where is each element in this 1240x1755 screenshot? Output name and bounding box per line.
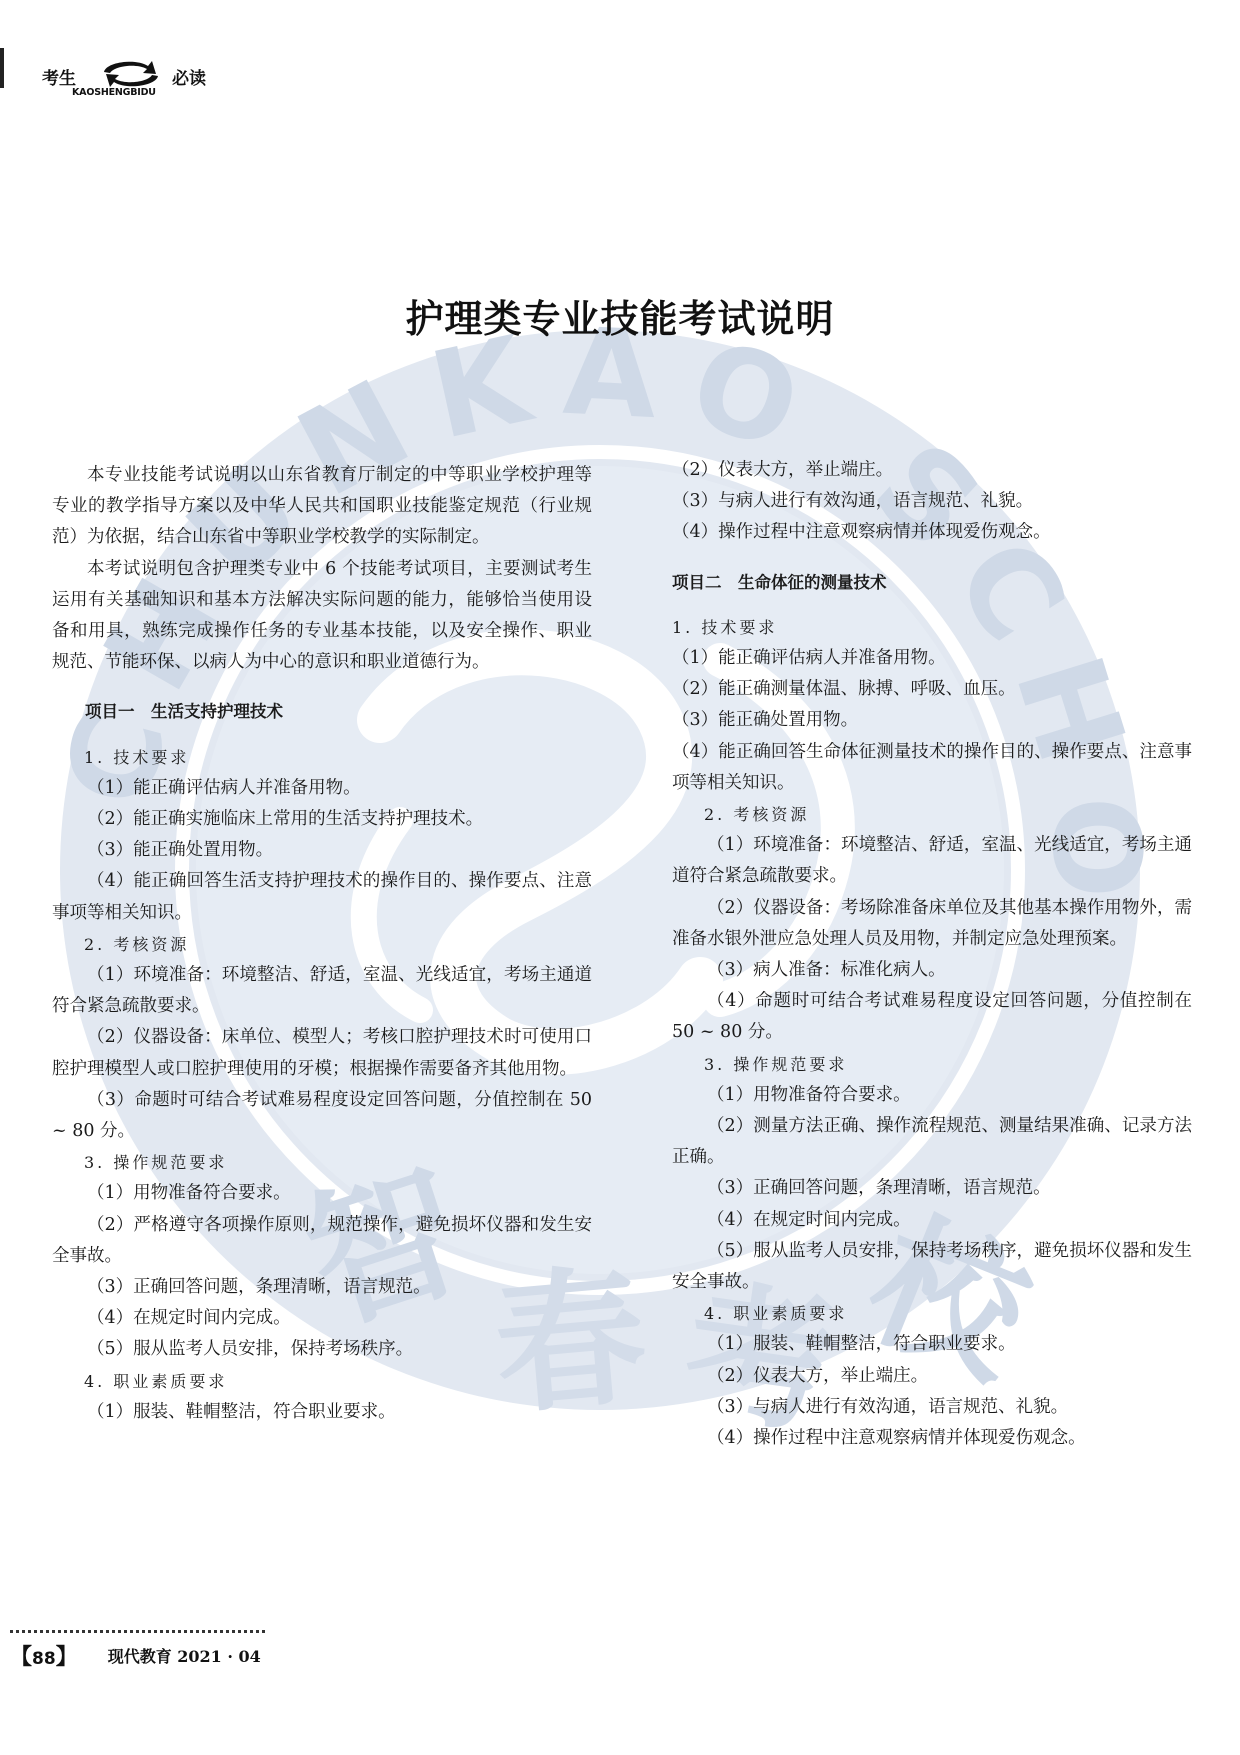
p1-s2-item-3: （3）命题时可结合考试难易程度设定回答问题，分值控制在 50 ~ 80 分。	[52, 1085, 592, 1147]
right-column: （2）仪表大方，举止端庄。 （3）与病人进行有效沟通，语言规范、礼貌。 （4）操…	[672, 455, 1192, 1454]
p2-s3-item-5: （5）服从监考人员安排，保持考场秩序，避免损坏仪器和发生安全事故。	[672, 1236, 1192, 1298]
bracket-right-icon: 】	[56, 1645, 78, 1670]
p2-s1-item-1: （1）能正确评估病人并准备用物。	[672, 643, 1192, 674]
left-column: 本专业技能考试说明以山东省教育厅制定的中等职业学校护理等专业的教学指导方案以及中…	[52, 460, 592, 1428]
p2-s3-item-4: （4）在规定时间内完成。	[672, 1205, 1192, 1236]
p2-s4-item-3: （3）与病人进行有效沟通，语言规范、礼貌。	[672, 1392, 1192, 1423]
p1-s3-item-5: （5）服从监考人员安排，保持考场秩序。	[52, 1334, 592, 1365]
p2-s3-item-2: （2）测量方法正确、操作流程规范、测量结果准确、记录方法正确。	[672, 1111, 1192, 1173]
bracket-left-icon: 【	[10, 1645, 32, 1670]
p2-s4-item-4: （4）操作过程中注意观察病情并体现爱伤观念。	[672, 1423, 1192, 1454]
p2-operation-heading: 3. 操作规范要求	[672, 1049, 1192, 1080]
p2-s1-item-3: （3）能正确处置用物。	[672, 705, 1192, 736]
p1-resources-heading: 2. 考核资源	[52, 929, 592, 960]
p1-s1-item-1: （1）能正确评估病人并准备用物。	[52, 773, 592, 804]
project-1-heading: 项目一 生活支持护理技术	[52, 696, 592, 727]
p1-s3-item-2: （2）严格遵守各项操作原则，规范操作，避免损坏仪器和发生安全事故。	[52, 1210, 592, 1272]
p2-s1-item-2: （2）能正确测量体温、脉搏、呼吸、血压。	[672, 674, 1192, 705]
page-footer: 【88】 现代教育 2021 · 04	[10, 1640, 261, 1671]
p2-s2-item-2: （2）仪器设备：考场除准备床单位及其他基本操作用物外，需准备水银外泄应急处理人员…	[672, 893, 1192, 955]
p1-s3-item-4: （4）在规定时间内完成。	[52, 1303, 592, 1334]
p1-s4-item-4: （4）操作过程中注意观察病情并体现爱伤观念。	[672, 517, 1192, 548]
p2-tech-requirements-heading: 1. 技术要求	[672, 612, 1192, 643]
kaosheng-bidu-logo: 考生 必读 KAOSHENGBIDU	[42, 58, 242, 102]
p1-s2-item-2: （2）仪器设备：床单位、模型人；考核口腔护理技术时可使用口腔护理模型人或口腔护理…	[52, 1022, 592, 1084]
p1-operation-heading: 3. 操作规范要求	[52, 1147, 592, 1178]
p2-quality-heading: 4. 职业素质要求	[672, 1298, 1192, 1329]
footer-dotted-rule	[10, 1630, 265, 1633]
project-2-heading: 项目二 生命体征的测量技术	[672, 567, 1192, 598]
p2-s2-item-3: （3）病人准备：标准化病人。	[672, 955, 1192, 986]
intro-paragraph-1: 本专业技能考试说明以山东省教育厅制定的中等职业学校护理等专业的教学指导方案以及中…	[52, 460, 592, 554]
p2-s3-item-1: （1）用物准备符合要求。	[672, 1080, 1192, 1111]
p1-s3-item-1: （1）用物准备符合要求。	[52, 1178, 592, 1209]
p2-s2-item-1: （1）环境准备：环境整洁、舒适，室温、光线适宜，考场主通道符合紧急疏散要求。	[672, 830, 1192, 892]
p1-s3-item-3: （3）正确回答问题，条理清晰，语言规范。	[52, 1272, 592, 1303]
logo-pinyin: KAOSHENGBIDU	[72, 87, 156, 98]
p1-tech-requirements-heading: 1. 技术要求	[52, 742, 592, 773]
p1-s1-item-3: （3）能正确处置用物。	[52, 835, 592, 866]
p2-s4-item-1: （1）服装、鞋帽整洁，符合职业要求。	[672, 1329, 1192, 1360]
p1-s4-item-2: （2）仪表大方，举止端庄。	[672, 455, 1192, 486]
p1-s2-item-1: （1）环境准备：环境整洁、舒适，室温、光线适宜，考场主通道符合紧急疏散要求。	[52, 960, 592, 1022]
page-number-value: 88	[32, 1649, 56, 1669]
p1-s1-item-4: （4）能正确回答生活支持护理技术的操作目的、操作要点、注意事项等相关知识。	[52, 866, 592, 928]
p1-s4-item-3: （3）与病人进行有效沟通，语言规范、礼貌。	[672, 486, 1192, 517]
logo-text-right: 必读	[172, 64, 206, 89]
p2-s1-item-4: （4）能正确回答生命体征测量技术的操作目的、操作要点、注意事项等相关知识。	[672, 737, 1192, 799]
p2-s4-item-2: （2）仪表大方，举止端庄。	[672, 1361, 1192, 1392]
journal-issue: 现代教育 2021 · 04	[108, 1644, 261, 1667]
page-title: 护理类专业技能考试说明	[0, 288, 1240, 343]
logo-text-left: 考生	[42, 64, 76, 89]
p2-s3-item-3: （3）正确回答问题，条理清晰，语言规范。	[672, 1173, 1192, 1204]
p2-s2-item-4: （4）命题时可结合考试难易程度设定回答问题，分值控制在 50 ~ 80 分。	[672, 986, 1192, 1048]
p1-s4-item-1: （1）服装、鞋帽整洁，符合职业要求。	[52, 1397, 592, 1428]
page-number: 【88】	[10, 1640, 78, 1671]
swirl-arrows-icon	[96, 58, 166, 90]
p2-resources-heading: 2. 考核资源	[672, 799, 1192, 830]
p1-s1-item-2: （2）能正确实施临床上常用的生活支持护理技术。	[52, 804, 592, 835]
intro-paragraph-2: 本考试说明包含护理类专业中 6 个技能考试项目，主要测试考生运用有关基础知识和基…	[52, 554, 592, 679]
page-edge-mark	[0, 48, 4, 88]
p1-quality-heading: 4. 职业素质要求	[52, 1366, 592, 1397]
